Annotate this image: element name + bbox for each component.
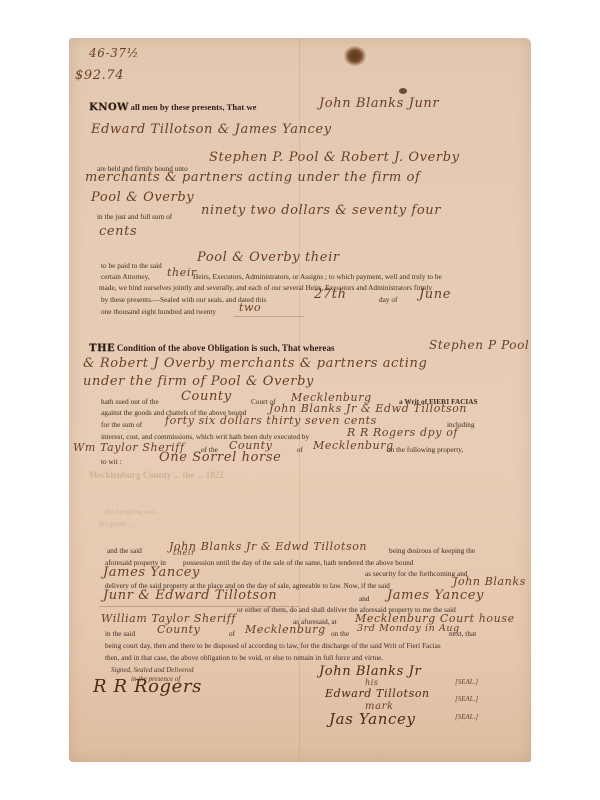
property-fill: One Sorrel horse xyxy=(159,450,281,465)
void-text: then, and in that case, the above obliga… xyxy=(105,654,383,662)
attorney-label: certain Attorney, xyxy=(101,273,150,281)
obligees-line-1: Stephen P. Pool & Robert J. Overby xyxy=(209,150,460,165)
bleed-through-line-2: the foregoing writ ... xyxy=(105,508,163,516)
know-clause: KNOW all men by these presents, That we xyxy=(89,102,256,113)
court-day-text: being court day, then and there to be di… xyxy=(105,642,441,650)
in-said-label: in the said xyxy=(105,630,135,638)
county-name-2: Mecklenburg xyxy=(245,623,326,636)
document-paper: 46-37½ $92.74 KNOW all men by these pres… xyxy=(69,38,531,762)
plaintiffs-line-3: under the firm of Pool & Overby xyxy=(83,374,314,389)
seal-3: [SEAL.] xyxy=(455,713,478,721)
witness-label-1: Signed, Sealed and Delivered xyxy=(111,666,194,674)
date-fill: 3rd Monday in Aug xyxy=(357,623,460,634)
bind-text: made, we bind ourselves jointly and seve… xyxy=(99,284,432,292)
bleed-through-line-3: the goods ... xyxy=(99,520,133,528)
obligors-line-2: Edward Tillotson & James Yancey xyxy=(91,122,332,137)
ink-spot xyxy=(399,88,407,94)
sum-words-line-2: cents xyxy=(99,224,137,239)
seal-2: [SEAL.] xyxy=(455,695,478,703)
paid-label: to be paid to the said xyxy=(101,262,162,270)
sum-words-line-1: ninety two dollars & seventy four xyxy=(201,203,441,218)
of-label-2: of xyxy=(229,630,235,638)
their-fill: their xyxy=(173,548,195,557)
obligees-line-2: merchants & partners acting under the fi… xyxy=(85,170,420,185)
to-wit-label: to wit : xyxy=(101,458,122,466)
writ-sum: forty six dollars thirty seven cents xyxy=(165,414,377,427)
bleed-through-line-1: Mecklenburg County ... the ... 1822 xyxy=(89,470,224,480)
the-decorative: THE xyxy=(89,343,115,354)
signer-2-signature: Edward Tillotson xyxy=(325,687,430,700)
signer-1-signature: John Blanks Jr xyxy=(319,664,421,679)
desirous-text: being desirous of keeping the xyxy=(389,547,475,555)
executed-by: R R Rogers dpy of xyxy=(347,426,458,439)
notation-line-1: 46-37½ xyxy=(89,46,139,60)
year-rule xyxy=(234,316,304,317)
day-label: day of xyxy=(379,296,397,304)
plaintiffs-line-1: Stephen P Pool xyxy=(429,338,529,352)
obligor-fill-a: John Blanks xyxy=(453,575,526,588)
year-fill: two xyxy=(239,301,261,314)
plaintiffs-line-2: & Robert J Overby merchants & partners a… xyxy=(83,356,427,371)
interest-text: interest, cost, and commissions, which w… xyxy=(101,433,309,441)
on-the-label: on the xyxy=(331,630,349,638)
paid-to: Pool & Overby their xyxy=(197,250,340,265)
property-label: on the following property, xyxy=(387,446,463,454)
surety-fill: James Yancey xyxy=(103,565,200,580)
obligees-line-3: Pool & Overby xyxy=(91,190,194,205)
of-label: of xyxy=(297,446,303,454)
next-text: next, that xyxy=(449,630,476,638)
signer-3-signature: Jas Yancey xyxy=(329,710,416,728)
sued-label: hath sued out of the xyxy=(101,398,159,406)
ink-stain xyxy=(344,46,366,66)
parties-fill: John Blanks Jr & Edwd Tillotson xyxy=(169,540,367,553)
signer-2-his: his xyxy=(365,678,379,687)
heirs-text: Heirs, Executors, Administrators, or Ass… xyxy=(193,273,442,281)
sum-label: in the just and full sum of xyxy=(97,213,172,221)
witness-signature: R R Rogers xyxy=(93,676,202,697)
month-fill: June xyxy=(419,287,451,302)
county-name: Mecklenburg xyxy=(313,439,394,452)
know-text: all men by these presents, That we xyxy=(131,102,257,112)
year-text: one thousand eight hundred and twenty xyxy=(101,308,216,316)
and-label: and xyxy=(359,595,370,603)
know-decorative: KNOW xyxy=(89,102,129,113)
and-said-label: and the said xyxy=(107,547,142,555)
sum-label-2: for the sum of xyxy=(101,421,142,429)
day-fill: 27th xyxy=(314,287,347,302)
notation-amount: $92.74 xyxy=(75,68,124,83)
condition-text: Condition of the above Obligation is suc… xyxy=(117,343,335,353)
county-fill-2: County xyxy=(157,623,200,636)
obligor-fill-c: James Yancey xyxy=(387,588,484,603)
obligors-line-1: John Blanks Junr xyxy=(319,96,439,111)
obligor-fill-b: Junr & Edward Tillotson xyxy=(103,588,277,603)
condition-clause: THE Condition of the above Obligation is… xyxy=(89,343,335,354)
court-type: County xyxy=(181,389,232,404)
seal-1: [SEAL.] xyxy=(455,678,478,686)
possession-text: possession until the day of the sale of … xyxy=(183,559,414,567)
